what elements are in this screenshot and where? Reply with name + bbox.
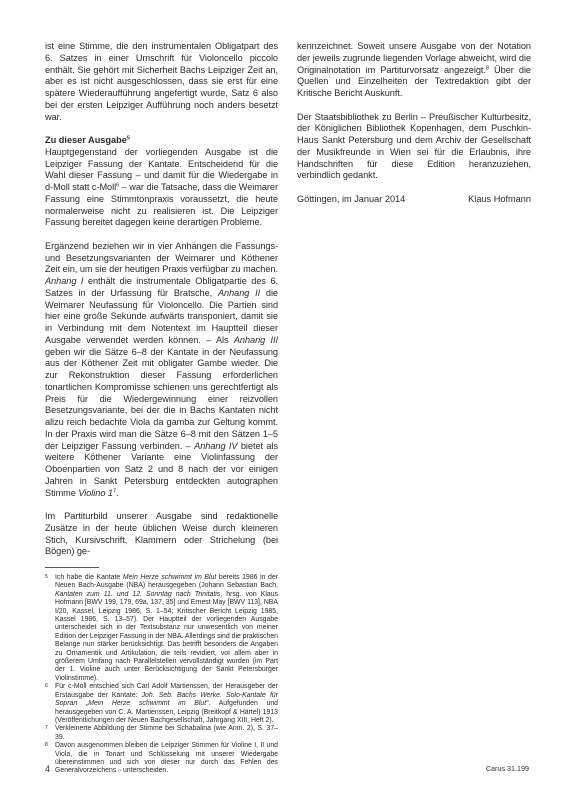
left-column: ist eine Stimme, die den instrumentalen …: [45, 41, 278, 776]
footnote-number: 5: [45, 573, 48, 581]
section-heading-text: Zu dieser Ausgabe: [45, 135, 127, 145]
acknowledgements-paragraph: Der Staatsbibliothek zu Berlin – Preußis…: [297, 112, 531, 183]
notation-paragraph: kennzeichnet. Soweit unsere Ausgabe von …: [297, 41, 531, 100]
appendix-text-end: .: [116, 488, 119, 498]
edition-paragraph: Hauptgegenstand der vorliegenden Ausgabe…: [45, 147, 278, 229]
footnote-text: , hrsg. von Klaus Hofmann [BWV 199, 179,…: [55, 591, 278, 682]
footnote-text: Verkleinerte Abbildung der Stimme bei Sc…: [55, 725, 278, 740]
footnote-separator: [45, 567, 99, 568]
footnote-title: Mein Herze schwimmt im Blut: [123, 574, 216, 581]
intro-paragraph: ist eine Stimme, die den instrumentalen …: [45, 41, 278, 123]
footnote-text: Ich habe die Kantate: [55, 574, 123, 581]
score-paragraph: Im Partiturbild unserer Ausgabe sind red…: [45, 511, 278, 558]
footnote-number: 6: [45, 682, 48, 690]
appendix-text-a: Ergänzend beziehen wir in vier Anhängen …: [45, 241, 278, 275]
signature-line: Göttingen, im Januar 2014 Klaus Hofmann: [297, 194, 531, 206]
footnote-8: 8Davon ausgenommen bleiben die Leipziger…: [45, 742, 278, 776]
footnotes: 5Ich habe die Kantate Mein Herze schwimm…: [45, 574, 278, 776]
author-name: Klaus Hofmann: [468, 194, 531, 206]
section-heading: Zu dieser Ausgabe5: [45, 135, 278, 147]
appendix-2-label: Anhang II: [218, 288, 260, 298]
footnote-number: 7: [45, 724, 48, 732]
footnote-text: unterscheiden.: [121, 767, 168, 774]
appendix-paragraph: Ergänzend beziehen wir in vier Anhängen …: [45, 241, 278, 500]
page-number: 4: [45, 764, 50, 774]
appendix-4-label: Anhang IV: [194, 441, 237, 451]
appendix-text-d: geben wir die Sätze 6–8 der Kantate in d…: [45, 347, 278, 451]
footnote-number: 8: [45, 741, 48, 749]
footnote-6: 6Für c-Moll entschied sich Carl Adolf Ma…: [45, 683, 278, 725]
footnote-title: Kantaten zum 11. und 12. Sonntag nach Tr…: [55, 591, 220, 598]
right-column: kennzeichnet. Soweit unsere Ausgabe von …: [297, 41, 531, 206]
violino-label: Violino 1: [78, 488, 113, 498]
appendix-1-label: Anhang I: [45, 276, 83, 286]
catalog-number: Carus 31.199: [486, 764, 529, 773]
footnote-7: 7Verkleinerte Abbildung der Stimme bei S…: [45, 725, 278, 742]
appendix-3-label: Anhang III: [234, 335, 278, 345]
footnote-ref-5[interactable]: 5: [127, 136, 130, 142]
place-date: Göttingen, im Januar 2014: [297, 194, 405, 206]
footnote-5: 5Ich habe die Kantate Mein Herze schwimm…: [45, 574, 278, 683]
